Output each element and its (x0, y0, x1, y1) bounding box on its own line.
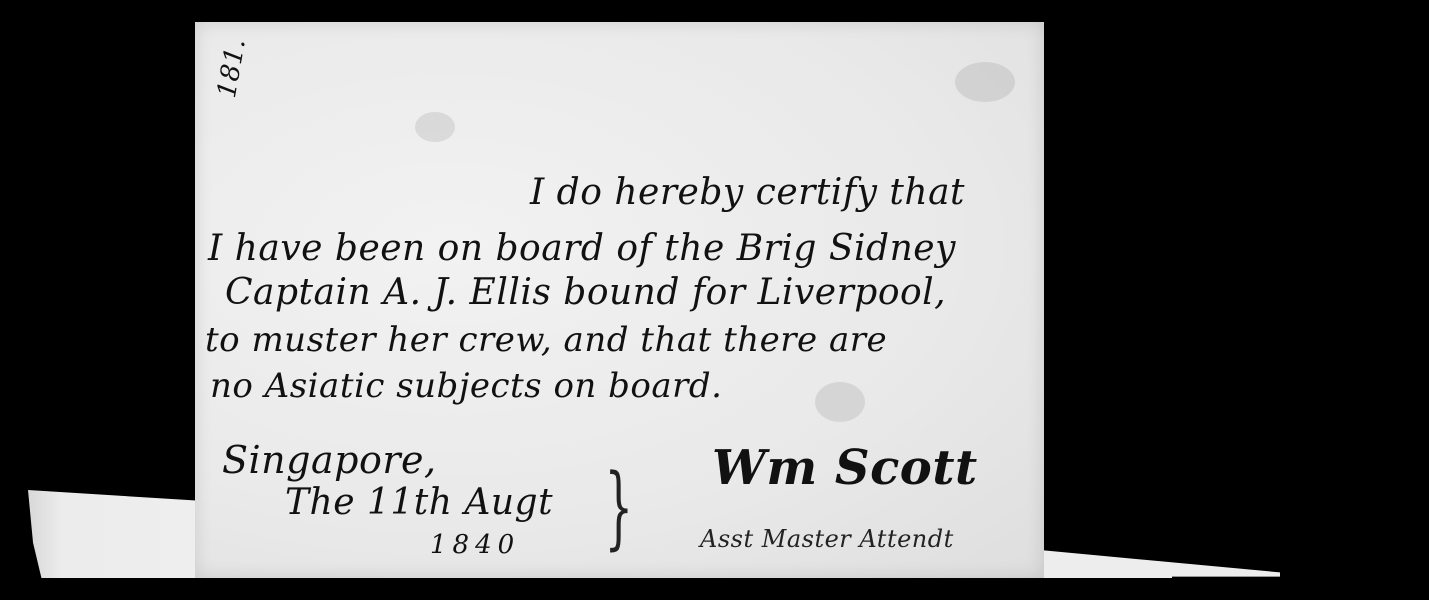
certificate-line-5: no Asiatic subjects on board. (210, 366, 722, 406)
certificate-line-1: I do hereby certify that (530, 172, 965, 213)
stain (815, 382, 865, 422)
signatory-title: Asst Master Attendt (700, 525, 954, 553)
paper-strip-right (1040, 550, 1280, 578)
place-of-issue: Singapore, (222, 438, 437, 482)
paper-strip-left (28, 490, 196, 578)
certificate-line-4: to muster her crew, and that there are (205, 320, 887, 360)
date-of-issue: The 11th Augt (285, 482, 553, 523)
stain (955, 62, 1015, 102)
certificate-line-2: I have been on board of the Brig Sidney (208, 228, 956, 269)
year-of-issue: 1840 (430, 530, 520, 560)
date-brace: } (604, 455, 633, 560)
signature: Wm Scott (712, 440, 978, 496)
certificate-line-3: Captain A. J. Ellis bound for Liverpool, (225, 272, 946, 313)
stain (415, 112, 455, 142)
